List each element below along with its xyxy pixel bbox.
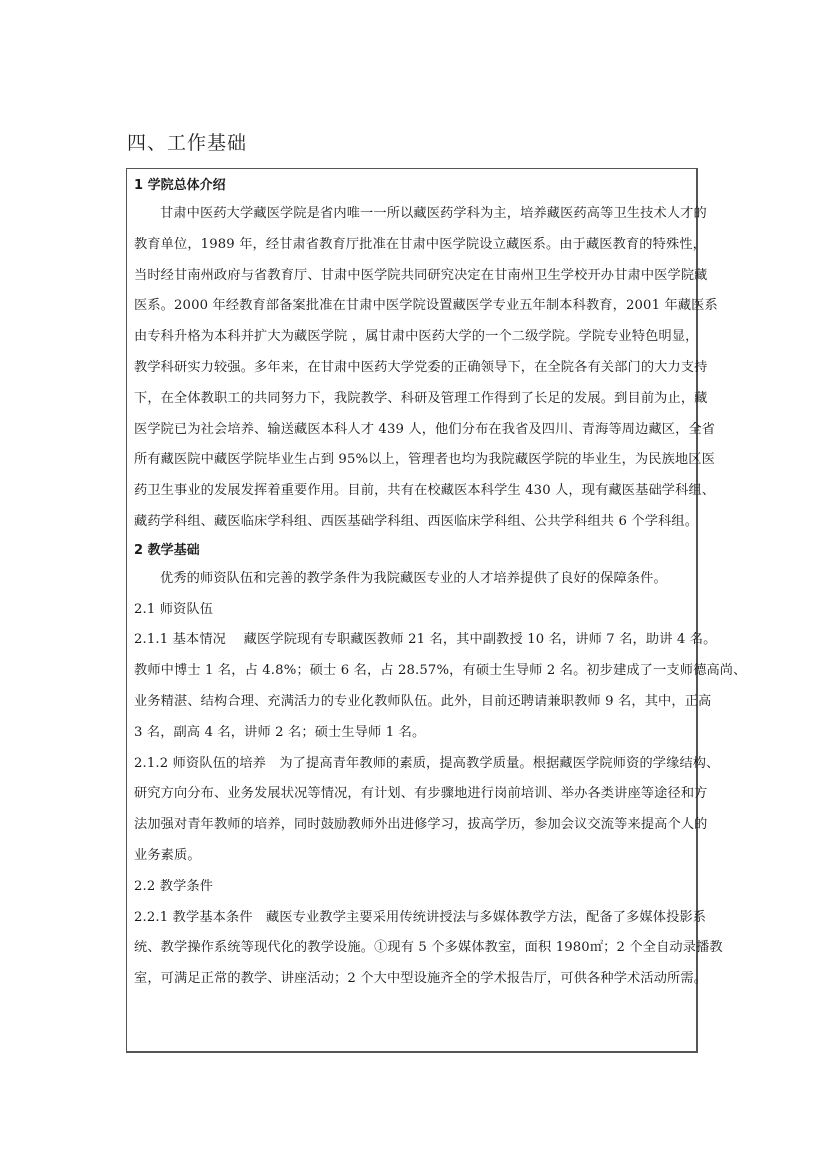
page-heading: 四、工作基础	[127, 129, 247, 157]
paragraph-line: 医学院已为社会培养、输送藏医本科人才 439 人，他们分布在我省及四川、青海等周…	[134, 415, 689, 446]
paragraph-line: 统、教学操作系统等现代化的教学设施。①现有 5 个多媒体教室，面积 1980㎡；…	[134, 933, 689, 964]
paragraph-line: 药卫生事业的发展发挥着重要作用。目前，共有在校藏医本科学生 430 人，现有藏医…	[134, 476, 689, 507]
paragraph-line: 教师中博士 1 名，占 4.8%；硕士 6 名，占 28.57%，有硕士生导师 …	[134, 656, 689, 687]
paragraph-line: 法加强对青年教师的培养，同时鼓励教师外出进修学习，拔高学历，参加会议交流等来提高…	[134, 810, 689, 841]
paragraph-line: 业务素质。	[134, 841, 689, 872]
paragraph-line: 所有藏医院中藏医学院毕业生占到 95%以上，管理者也均为我院藏医学院的毕业生，为…	[134, 445, 689, 476]
paragraph-line: 下，在全体教职工的共同努力下，我院教学、科研及管理工作得到了长足的发展。到目前为…	[134, 384, 689, 415]
paragraph-line: 医系。2000 年经教育部备案批准在甘肃中医学院设置藏医学专业五年制本科教育，2…	[134, 291, 689, 322]
paragraph-line: 2.1.2 师资队伍的培养 为了提高青年教师的素质，提高教学质量。根据藏医学院师…	[134, 749, 689, 780]
section-title-college-intro: 1 学院总体介绍	[134, 173, 689, 199]
teaching-basic-conditions: 2.2.1 教学基本条件 藏医专业教学主要采用传统讲授法与多媒体教学方法，配备了…	[134, 903, 689, 995]
content-table-cell: 1 学院总体介绍 甘肃中医药大学藏医学院是省内唯一一所以藏医药学科为主，培养藏医…	[126, 168, 698, 1053]
paragraph-line: 由专科升格为本科并扩大为藏医学院 ，属甘肃中医药大学的一个二级学院。学院专业特色…	[134, 322, 689, 353]
paragraph-line: 2.2.1 教学基本条件 藏医专业教学主要采用传统讲授法与多媒体教学方法，配备了…	[134, 903, 689, 934]
paragraph-line: 藏药学科组、藏医临床学科组、西医基础学科组、西医临床学科组、公共学科组共 6 个…	[134, 507, 689, 538]
paragraph-line: 业务精湛、结构合理、充满活力的专业化教师队伍。此外，目前还聘请兼职教师 9 名，…	[134, 687, 689, 718]
section-college-intro-body: 甘肃中医药大学藏医学院是省内唯一一所以藏医药学科为主，培养藏医药高等卫生技术人才…	[134, 199, 689, 538]
faculty-training: 2.1.2 师资队伍的培养 为了提高青年教师的素质，提高教学质量。根据藏医学院师…	[134, 749, 689, 872]
paragraph-line: 室，可满足正常的教学、讲座活动；2 个大中型设施齐全的学术报告厅，可供各种学术活…	[134, 964, 689, 995]
faculty-basic-info: 2.1.1 基本情况 藏医学院现有专职藏医教师 21 名，其中副教授 10 名，…	[134, 625, 689, 748]
subsection-title-faculty: 2.1 师资队伍	[134, 595, 689, 626]
subsection-title-teaching-conditions: 2.2 教学条件	[134, 872, 689, 903]
paragraph-line: 研究方向分布、业务发展状况等情况，有计划、有步骤地进行岗前培训、举办各类讲座等途…	[134, 779, 689, 810]
paragraph-line: 3 名，副高 4 名，讲师 2 名；硕士生导师 1 名。	[134, 718, 689, 749]
paragraph-line: 2.1.1 基本情况 藏医学院现有专职藏医教师 21 名，其中副教授 10 名，…	[134, 625, 689, 656]
paragraph-line: 当时经甘南州政府与省教育厅、甘肃中医学院共同研究决定在甘南州卫生学校开办甘肃中医…	[134, 261, 689, 292]
teaching-foundation-intro: 优秀的师资队伍和完善的教学条件为我院藏医专业的人才培养提供了良好的保障条件。	[134, 564, 689, 595]
paragraph-line: 教学科研实力较强。多年来，在甘肃中医药大学党委的正确领导下，在全院各有关部门的大…	[134, 353, 689, 384]
section-title-teaching-foundation: 2 教学基础	[134, 538, 689, 564]
paragraph-line: 教育单位，1989 年，经甘肃省教育厅批准在甘肃中医学院设立藏医系。由于藏医教育…	[134, 230, 689, 261]
paragraph-line: 甘肃中医药大学藏医学院是省内唯一一所以藏医药学科为主，培养藏医药高等卫生技术人才…	[134, 199, 689, 230]
